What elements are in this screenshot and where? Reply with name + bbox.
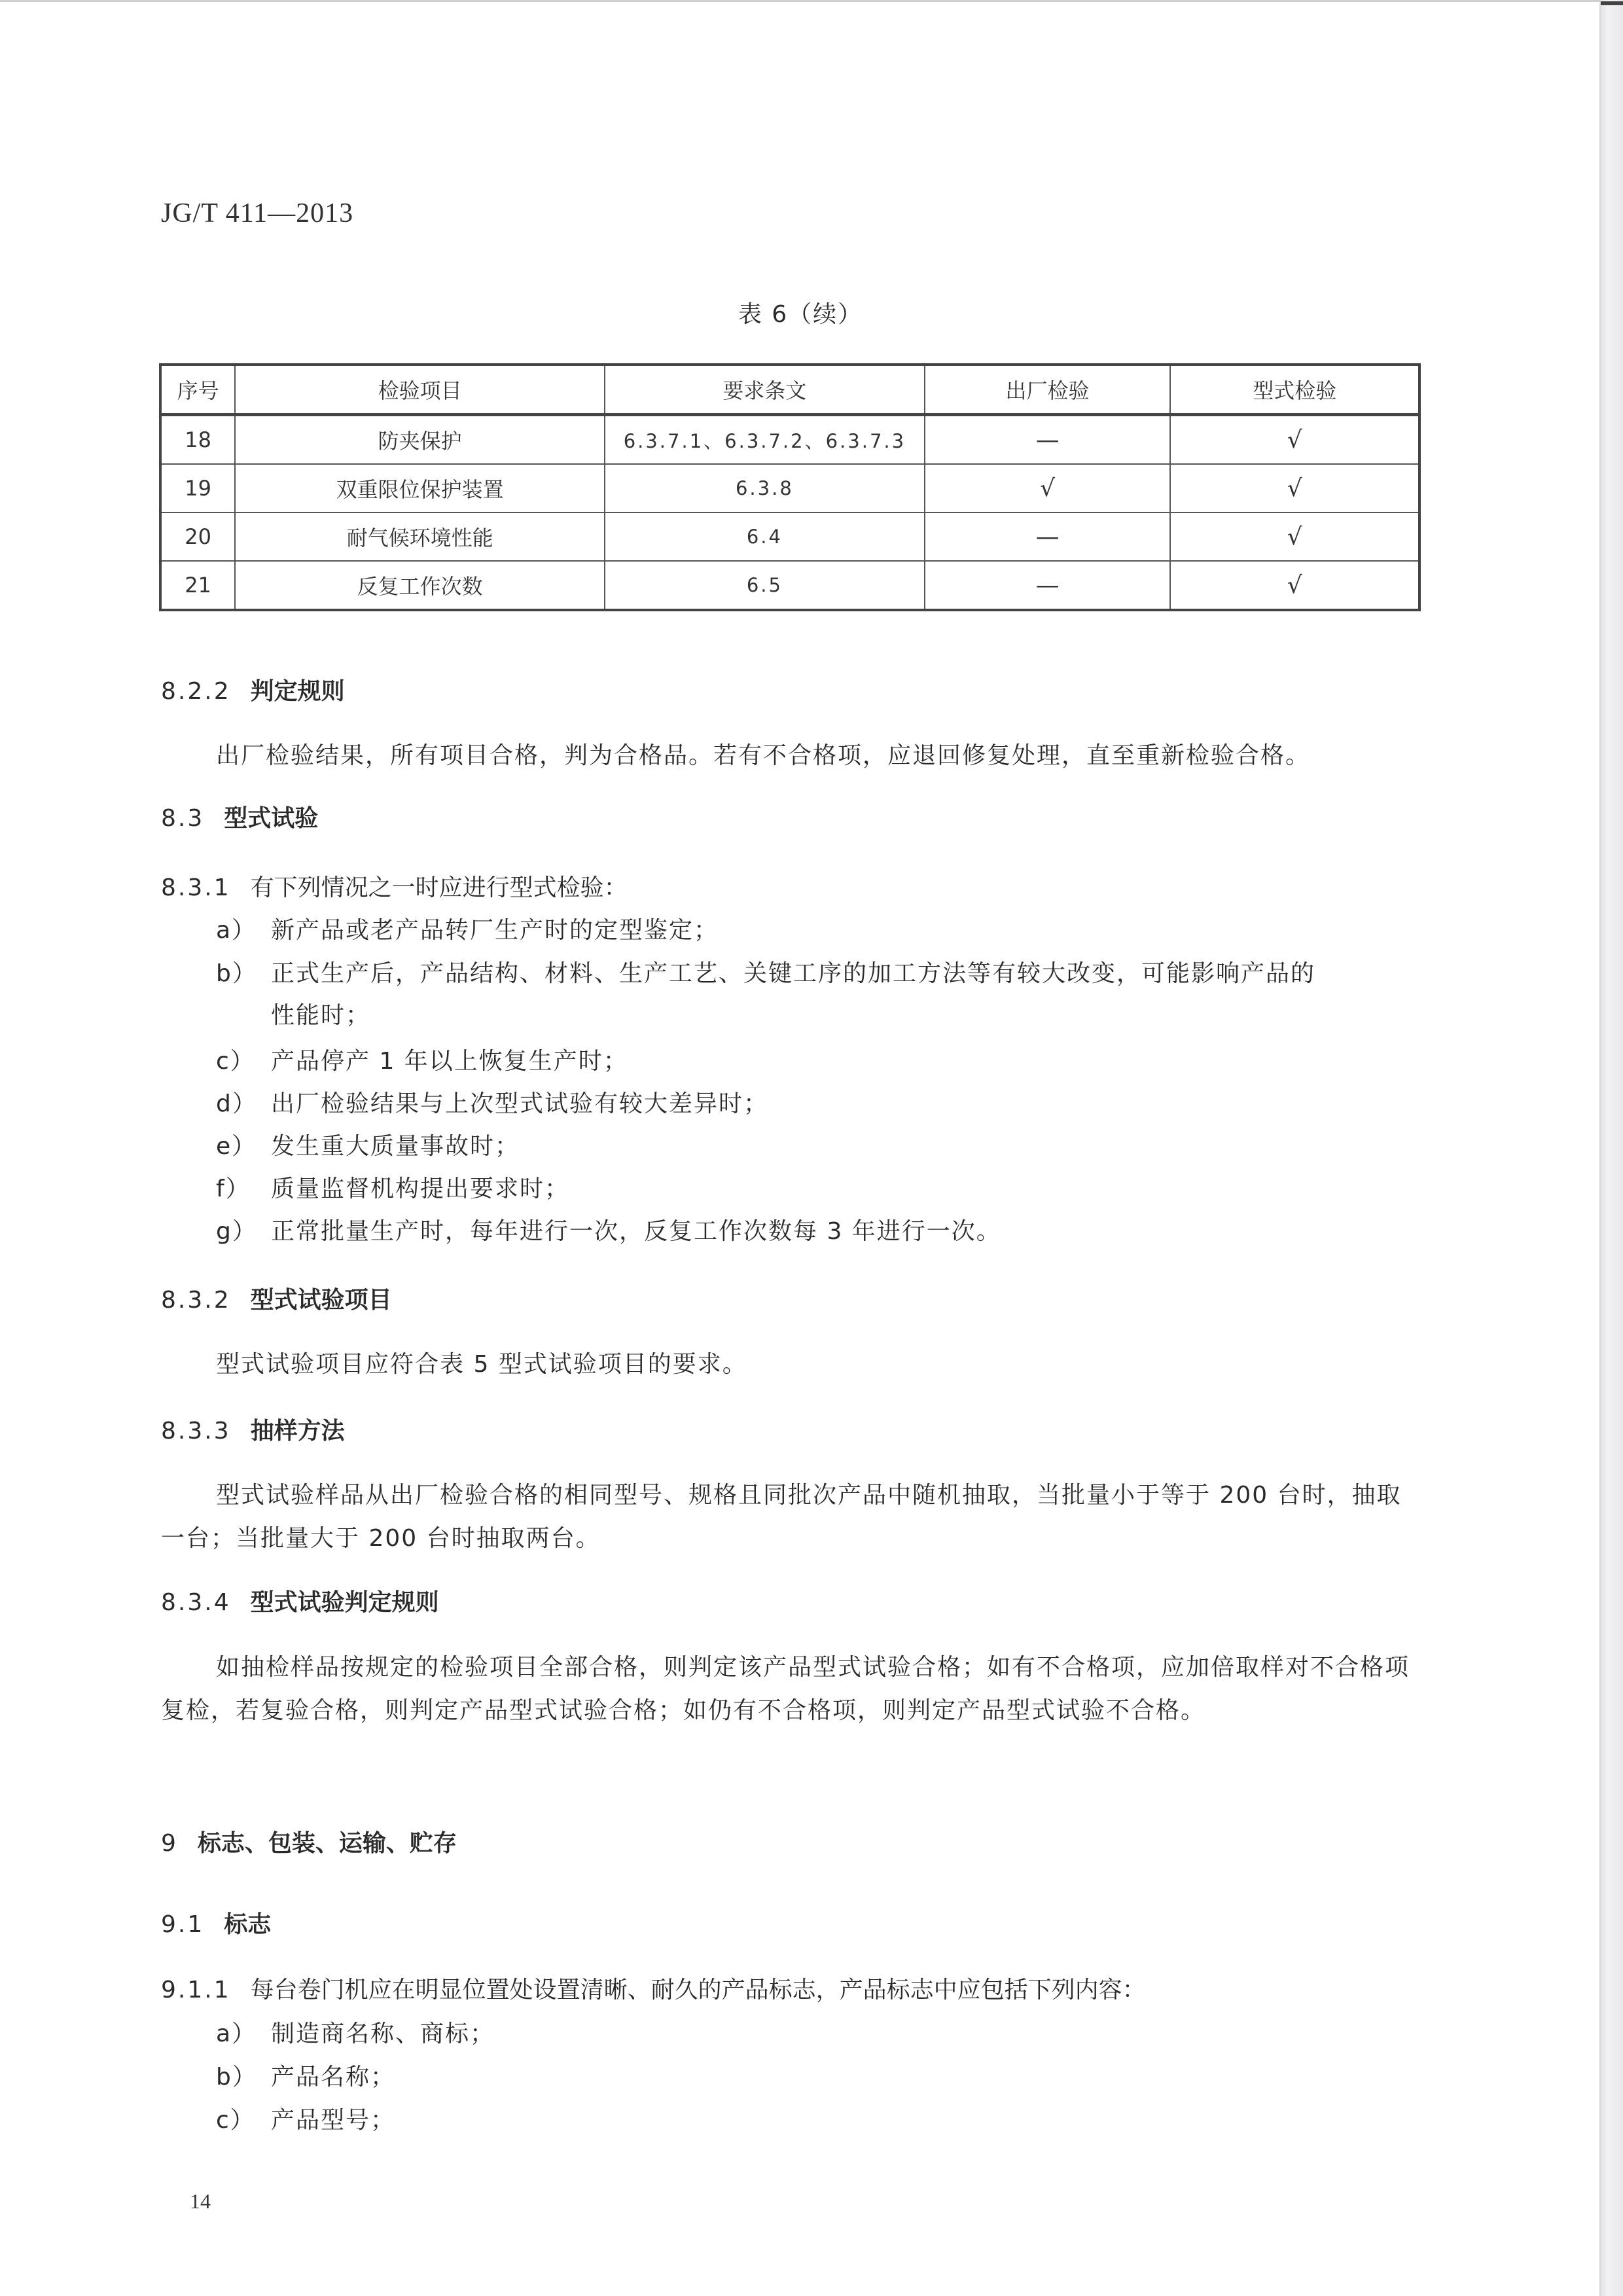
cell-factory-mark: — bbox=[925, 561, 1171, 610]
cell-clause: 6.4 bbox=[605, 512, 925, 561]
list-label: c） bbox=[216, 1041, 271, 1083]
section-number: 9.1 bbox=[161, 1911, 204, 1938]
section-heading-8-2-2: 8.2.2判定规则 bbox=[161, 673, 345, 706]
column-header-type-inspection: 型式检验 bbox=[1170, 365, 1419, 415]
list-label: f） bbox=[216, 1168, 271, 1210]
cell-factory-mark: — bbox=[925, 415, 1171, 465]
list-item: c）产品停产 1 年以上恢复生产时； bbox=[216, 1041, 1424, 1083]
list-item: d）出厂检验结果与上次型式试验有较大差异时； bbox=[216, 1083, 1424, 1125]
list-item: b）产品名称； bbox=[216, 2056, 1424, 2098]
column-header-factory-inspection: 出厂检验 bbox=[925, 365, 1171, 415]
list-text: 正式生产后，产品结构、材料、生产工艺、关键工序的加工方法等有较大改变，可能影响产… bbox=[271, 960, 1315, 987]
list-label: b） bbox=[216, 953, 271, 995]
section-number: 8.3 bbox=[161, 805, 204, 832]
cell-clause: 6.3.7.1、6.3.7.2、6.3.7.3 bbox=[605, 415, 925, 465]
cell-factory-mark: — bbox=[925, 512, 1171, 561]
cell-factory-mark: √ bbox=[925, 464, 1171, 512]
document-code: JG/T 411—2013 bbox=[161, 198, 353, 229]
list-label: d） bbox=[216, 1083, 271, 1125]
list-label: b） bbox=[216, 2056, 271, 2098]
list-label: g） bbox=[216, 1211, 271, 1253]
list-item: g）正常批量生产时，每年进行一次，反复工作次数每 3 年进行一次。 bbox=[216, 1211, 1424, 1253]
table-header-row: 序号 检验项目 要求条文 出厂检验 型式检验 bbox=[160, 365, 1419, 415]
table-row: 19 双重限位保护装置 6.3.8 √ √ bbox=[160, 464, 1419, 512]
cell-no: 18 bbox=[160, 415, 235, 465]
section-number: 9 bbox=[161, 1830, 178, 1857]
list-item: a）制造商名称、商标； bbox=[216, 2013, 1424, 2055]
list-item: a）新产品或老产品转厂生产时的定型鉴定； bbox=[216, 910, 1424, 952]
scan-edge-mark bbox=[1601, 1, 1623, 5]
paragraph-8-3-3: 型式试验样品从出厂检验合格的相同型号、规格且同批次产品中随机抽取，当批量小于等于… bbox=[161, 1474, 1424, 1560]
section-heading-8-3: 8.3型式试验 bbox=[161, 800, 318, 833]
cell-item: 耐气候环境性能 bbox=[235, 512, 605, 561]
list-text: 产品型号； bbox=[271, 2107, 395, 2134]
cell-type-mark: √ bbox=[1170, 415, 1419, 465]
cell-type-mark: √ bbox=[1170, 512, 1419, 561]
list-item: f）质量监督机构提出要求时； bbox=[216, 1168, 1424, 1210]
scan-top-edge bbox=[0, 0, 1601, 2]
section-number: 8.2.2 bbox=[161, 678, 231, 705]
list-text: 产品停产 1 年以上恢复生产时； bbox=[271, 1048, 628, 1075]
section-title: 标志、包装、运输、贮存 bbox=[198, 1830, 457, 1857]
section-title: 型式试验 bbox=[224, 805, 318, 832]
section-title: 标志 bbox=[224, 1911, 271, 1938]
cell-type-mark: √ bbox=[1170, 561, 1419, 610]
section-heading-8-3-3: 8.3.3抽样方法 bbox=[161, 1412, 345, 1446]
table-row: 21 反复工作次数 6.5 — √ bbox=[160, 561, 1419, 610]
paragraph-8-3-2: 型式试验项目应符合表 5 型式试验项目的要求。 bbox=[161, 1343, 1424, 1386]
cell-type-mark: √ bbox=[1170, 464, 1419, 512]
section-title: 每台卷门机应在明显位置处设置清晰、耐久的产品标志，产品标志中应包括下列内容： bbox=[251, 1977, 1146, 2003]
paragraph-8-3-4: 如抽检样品按规定的检验项目全部合格，则判定该产品型式试验合格；如有不合格项，应加… bbox=[161, 1646, 1424, 1732]
list-text: 发生重大质量事故时； bbox=[271, 1133, 520, 1160]
cell-item: 双重限位保护装置 bbox=[235, 464, 605, 512]
section-number: 8.3.2 bbox=[161, 1287, 231, 1314]
section-number: 8.3.3 bbox=[161, 1418, 231, 1444]
section-heading-8-3-2: 8.3.2型式试验项目 bbox=[161, 1282, 392, 1315]
cell-item: 防夹保护 bbox=[235, 415, 605, 465]
cell-clause: 6.3.8 bbox=[605, 464, 925, 512]
section-title: 型式试验项目 bbox=[251, 1287, 392, 1314]
section-title: 判定规则 bbox=[251, 678, 345, 705]
list-text: 质量监督机构提出要求时； bbox=[271, 1175, 569, 1202]
list-item: c）产品型号； bbox=[216, 2100, 1424, 2142]
section-number: 9.1.1 bbox=[161, 1977, 231, 2003]
cell-no: 19 bbox=[160, 464, 235, 512]
inspection-items-table: 序号 检验项目 要求条文 出厂检验 型式检验 18 防夹保护 6.3.7.1、6… bbox=[159, 363, 1421, 611]
scan-right-edge bbox=[1599, 0, 1623, 2296]
list-text: 制造商名称、商标； bbox=[271, 2020, 495, 2047]
section-number: 8.3.1 bbox=[161, 874, 231, 901]
list-text-continuation: 性能时； bbox=[216, 995, 1424, 1037]
column-header-item: 检验项目 bbox=[235, 365, 605, 415]
list-text: 出厂检验结果与上次型式试验有较大差异时； bbox=[271, 1090, 768, 1117]
cell-no: 21 bbox=[160, 561, 235, 610]
section-title: 型式试验判定规则 bbox=[251, 1589, 439, 1616]
section-heading-9-1: 9.1标志 bbox=[161, 1906, 271, 1939]
paragraph-8-2-2: 出厂检验结果，所有项目合格，判为合格品。若有不合格项，应退回修复处理，直至重新检… bbox=[161, 734, 1424, 778]
section-heading-8-3-1: 8.3.1有下列情况之一时应进行型式检验： bbox=[161, 869, 628, 903]
section-title: 有下列情况之一时应进行型式检验： bbox=[251, 874, 628, 901]
list-item: b）正式生产后，产品结构、材料、生产工艺、关键工序的加工方法等有较大改变，可能影… bbox=[216, 953, 1424, 1037]
list-label: a） bbox=[216, 2013, 271, 2055]
section-heading-9-1-1: 9.1.1每台卷门机应在明显位置处设置清晰、耐久的产品标志，产品标志中应包括下列… bbox=[161, 1971, 1146, 2005]
section-heading-8-3-4: 8.3.4型式试验判定规则 bbox=[161, 1584, 439, 1617]
list-label: e） bbox=[216, 1126, 271, 1168]
column-header-no: 序号 bbox=[160, 365, 235, 415]
list-text: 产品名称； bbox=[271, 2064, 395, 2090]
list-text: 新产品或老产品转厂生产时的定型鉴定； bbox=[271, 917, 719, 944]
list-label: a） bbox=[216, 910, 271, 952]
cell-item: 反复工作次数 bbox=[235, 561, 605, 610]
cell-no: 20 bbox=[160, 512, 235, 561]
list-label: c） bbox=[216, 2100, 271, 2142]
cell-clause: 6.5 bbox=[605, 561, 925, 610]
section-title: 抽样方法 bbox=[251, 1418, 345, 1444]
table-row: 18 防夹保护 6.3.7.1、6.3.7.2、6.3.7.3 — √ bbox=[160, 415, 1419, 465]
list-text: 正常批量生产时，每年进行一次，反复工作次数每 3 年进行一次。 bbox=[271, 1218, 1001, 1245]
section-heading-9: 9标志、包装、运输、贮存 bbox=[161, 1825, 457, 1858]
list-item: e）发生重大质量事故时； bbox=[216, 1126, 1424, 1168]
column-header-clause: 要求条文 bbox=[605, 365, 925, 415]
section-number: 8.3.4 bbox=[161, 1589, 231, 1616]
table-row: 20 耐气候环境性能 6.4 — √ bbox=[160, 512, 1419, 561]
page-number: 14 bbox=[190, 2189, 211, 2214]
table-caption: 表 6（续） bbox=[0, 296, 1601, 329]
